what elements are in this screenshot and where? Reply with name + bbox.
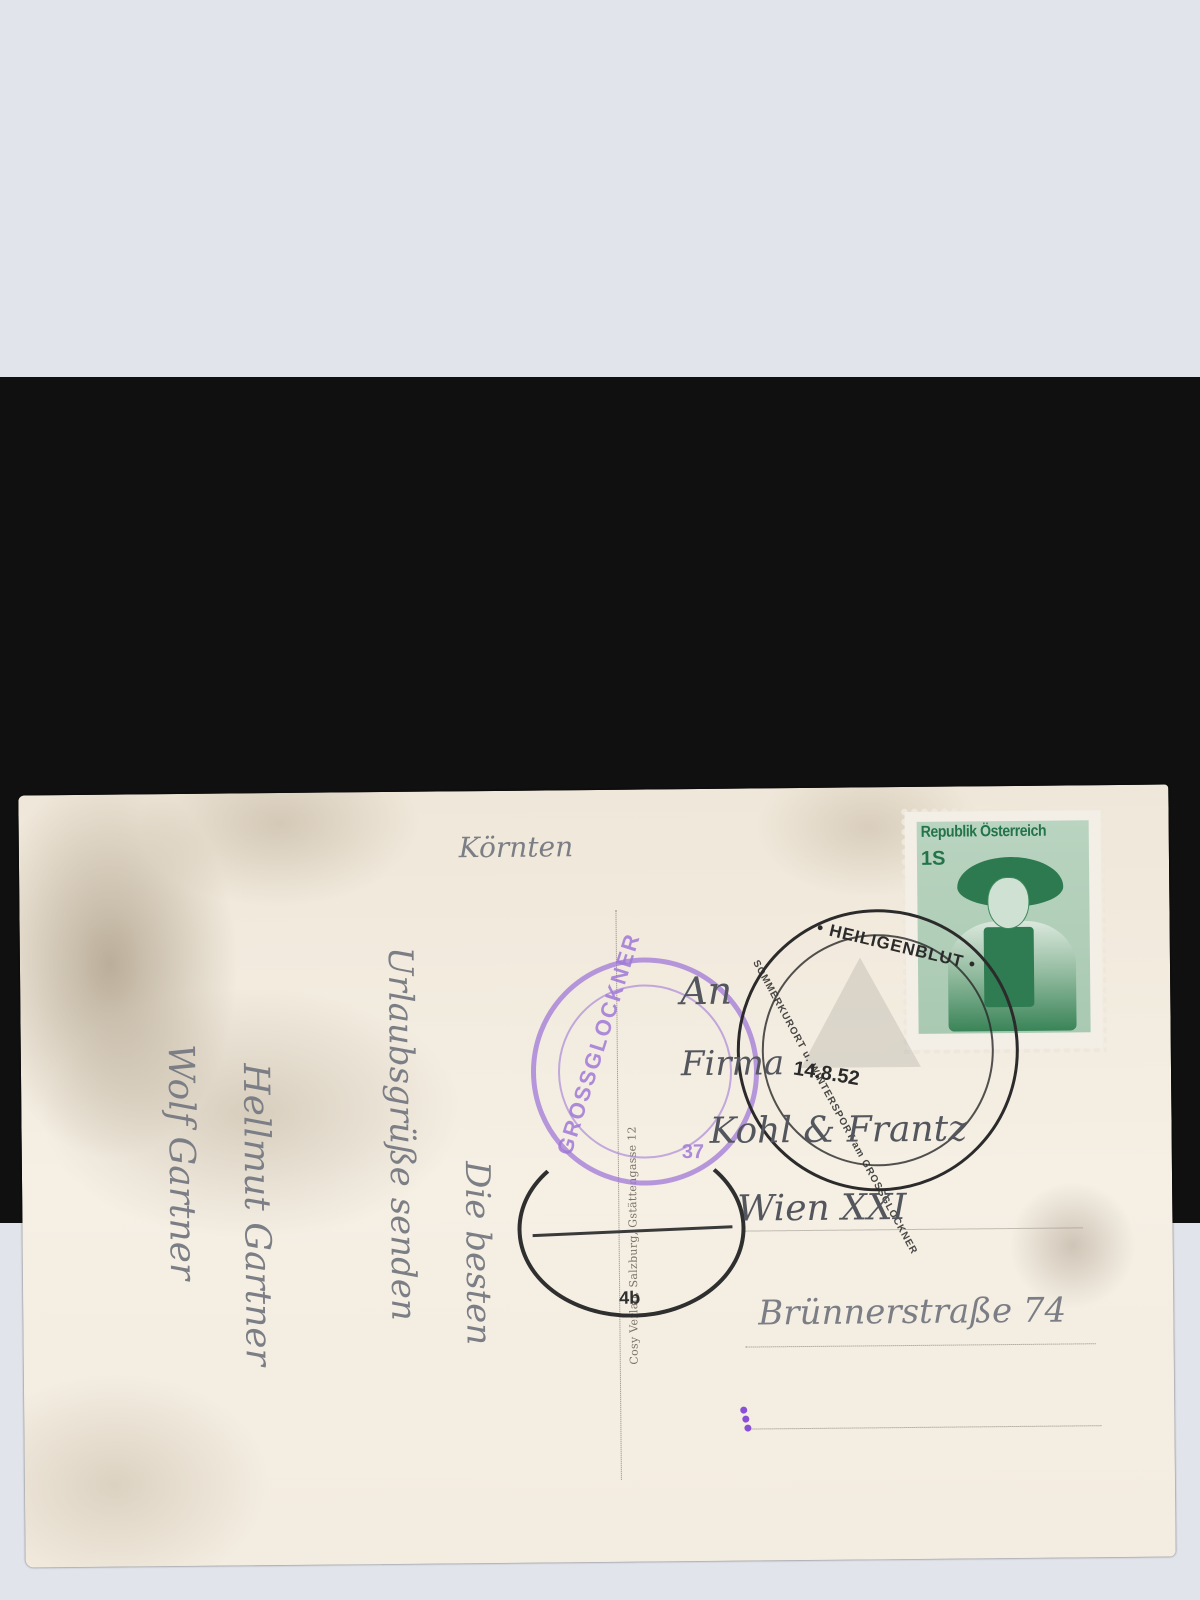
region-note: Körnten: [459, 830, 574, 864]
postcard: Cosy Verlag, Salzburg, Gstättengasse 12 …: [18, 784, 1175, 1567]
signature-2: Wolf Gartner: [160, 1044, 203, 1280]
stamp-value: 1S: [921, 848, 946, 871]
address-line-2: [746, 1343, 1096, 1347]
signature-1: Hellmut Gartner: [235, 1063, 279, 1366]
photo-background: Cosy Verlag, Salzburg, Gstättengasse 12 …: [0, 377, 1200, 1223]
violet-ink-mark: [740, 1407, 750, 1435]
lower-postmark-code: 4b: [619, 1288, 640, 1309]
address-line-3: [746, 1425, 1101, 1429]
stamp-figure-face: [987, 877, 1029, 929]
address-company: Kohl & Frantz: [709, 1108, 967, 1151]
address-an: An: [680, 969, 732, 1013]
address-firma: Firma: [681, 1043, 785, 1084]
address-city: Wien XXI: [737, 1187, 907, 1230]
message-line-2: Die besten: [457, 1161, 499, 1345]
message-line-1: Urlaubsgrüße senden: [380, 947, 424, 1321]
address-street: Brünnerstraße 74: [758, 1291, 1066, 1334]
stamp-country: Republik Österreich: [921, 823, 1047, 842]
